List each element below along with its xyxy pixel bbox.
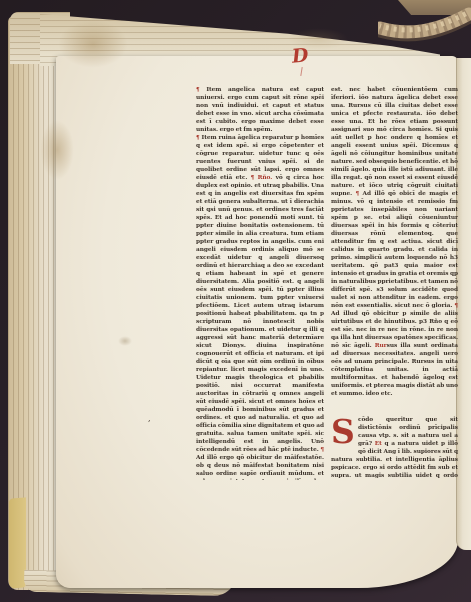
stray-ink-mark: , [148, 414, 151, 423]
right-column-upper-text: est. nec habet cōuenientōem cum īferiori… [331, 86, 458, 398]
rubricated-initial-s: S [331, 417, 356, 449]
text-column-right: est. nec habet cōuenientōem cum īferiori… [331, 86, 458, 480]
book-photograph: D , ¶ Item angelica natura est caput uni… [0, 0, 471, 602]
right-page-block-edge [456, 58, 471, 550]
text-column-left: ¶ Item angelica natura est caput uniuers… [196, 86, 324, 480]
folio-letter-mark: D [291, 44, 309, 67]
second-question-section: Scōdo queritur que sit distīctōnis ordin… [331, 416, 458, 480]
endband-cord [378, 2, 471, 48]
